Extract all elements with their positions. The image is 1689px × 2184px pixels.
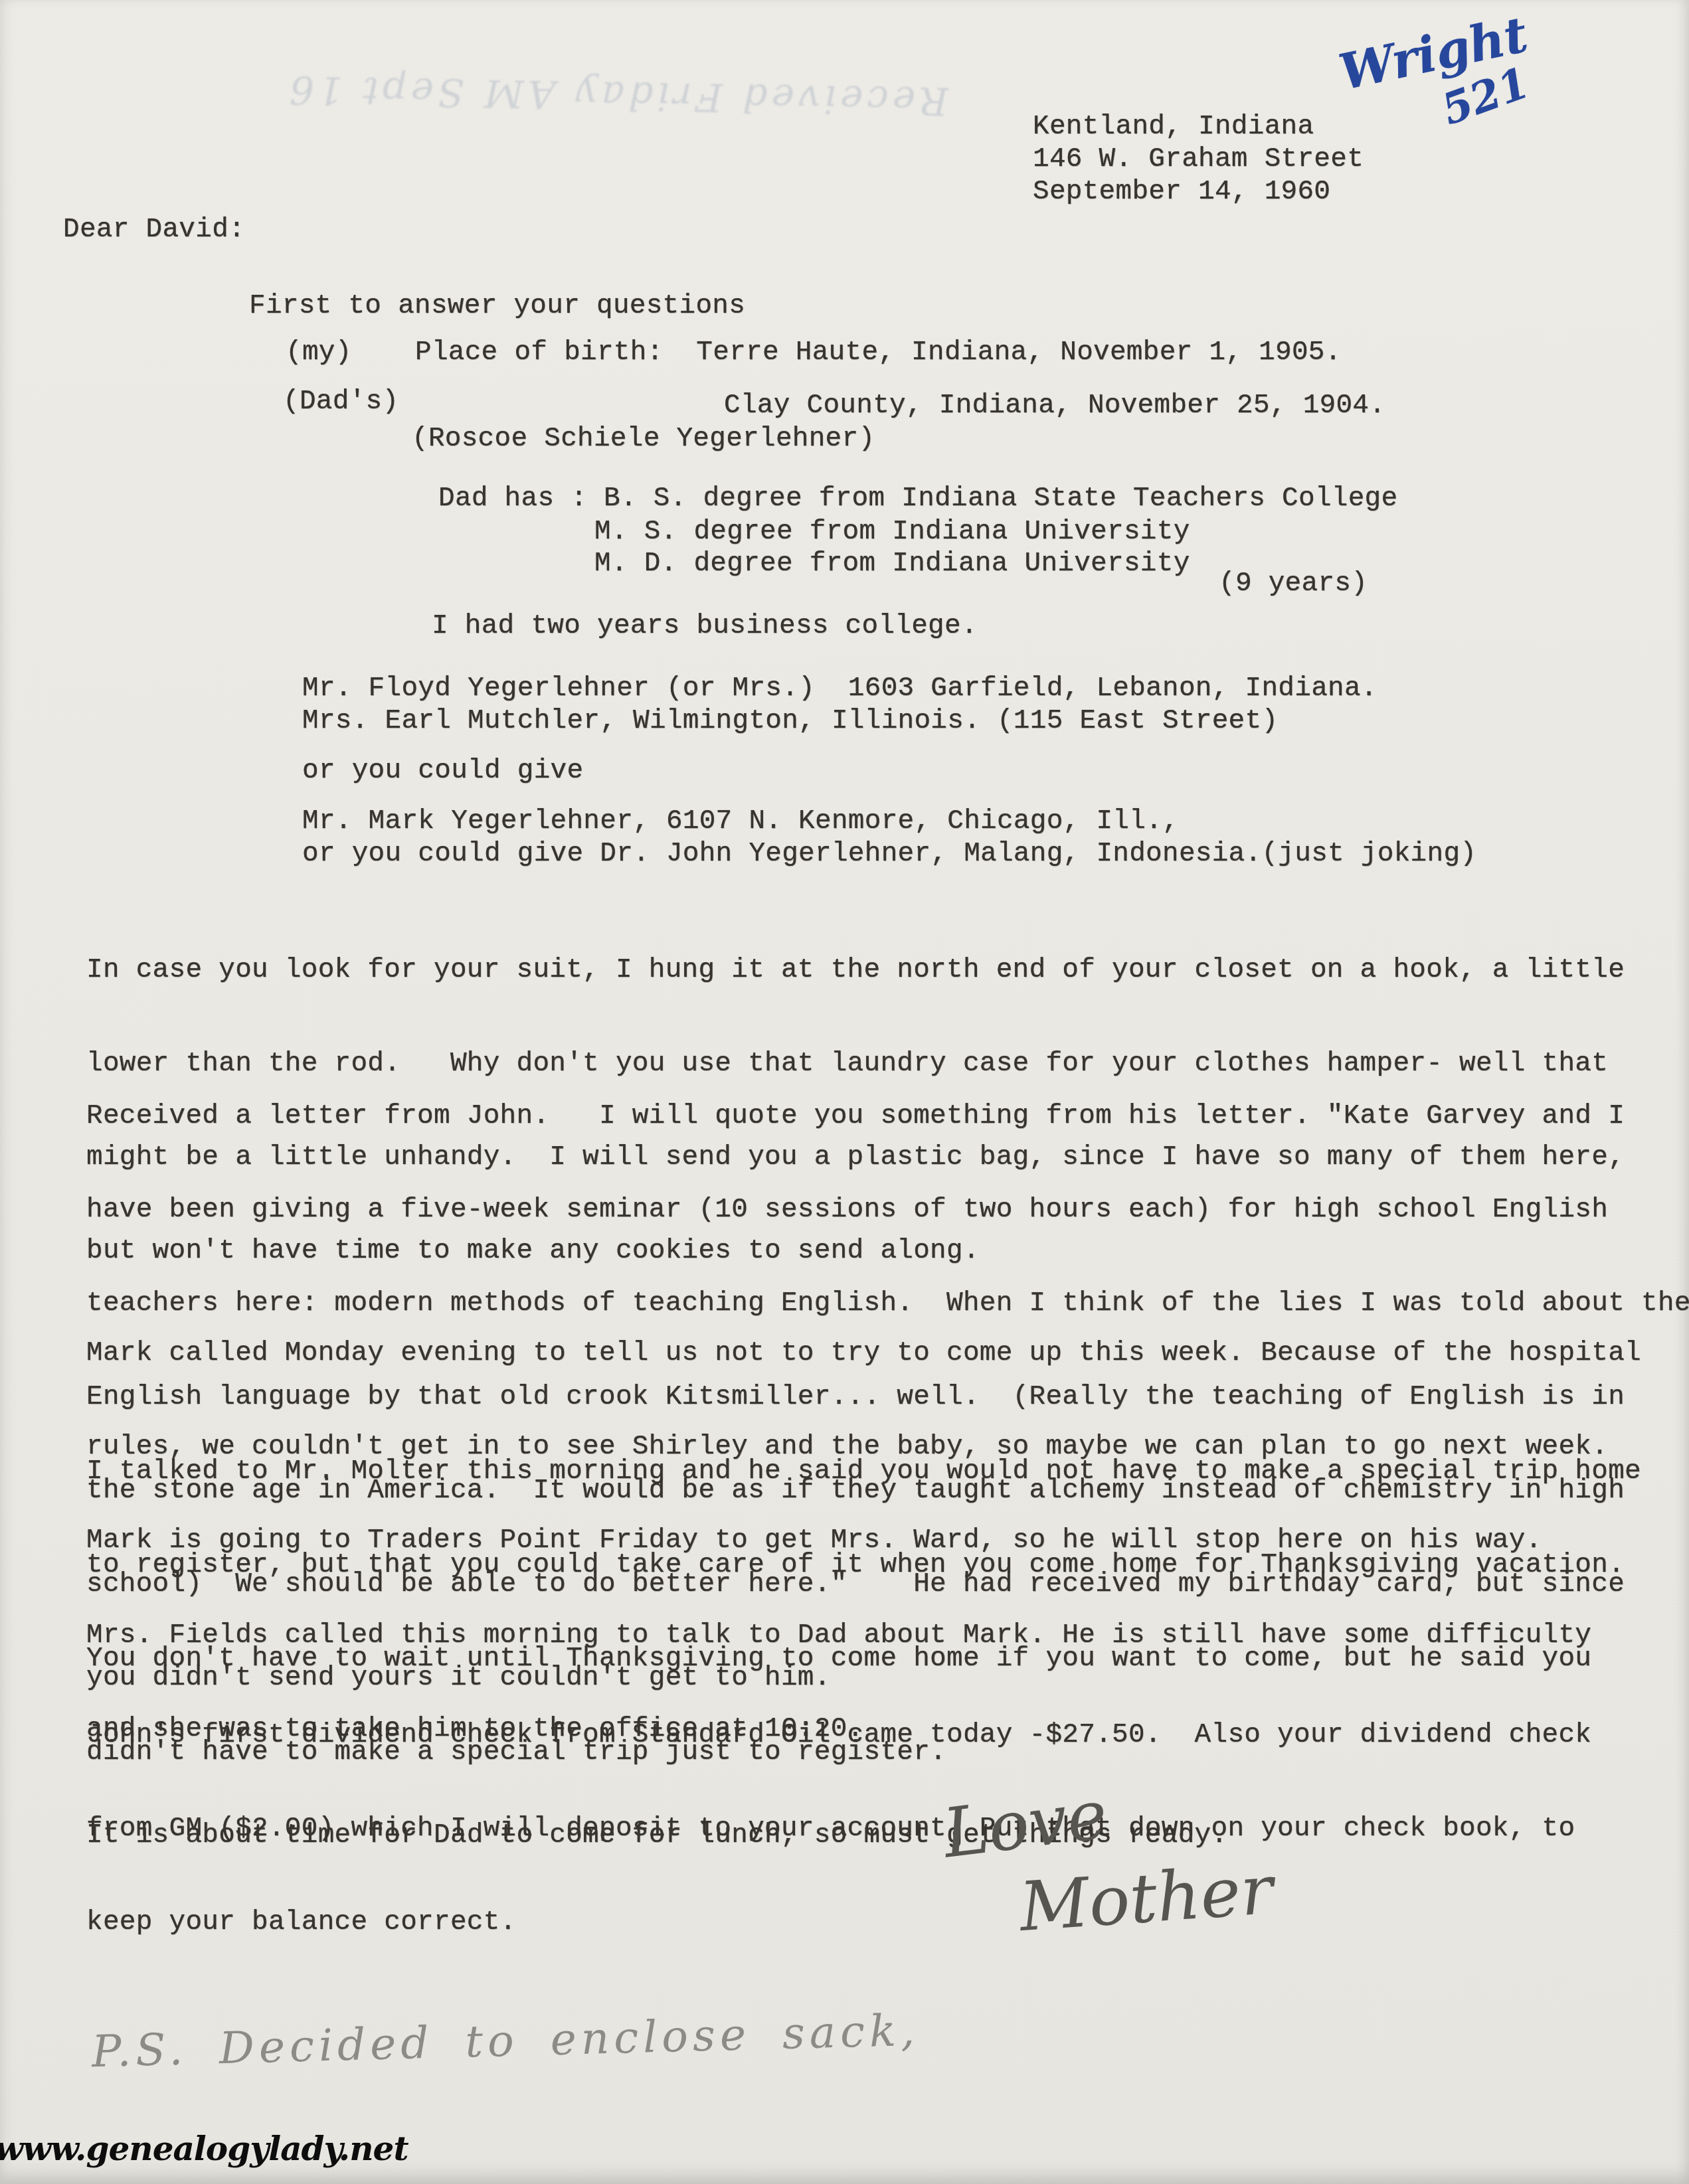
qa-my-answer: Place of birth: Terre Haute, Indiana, No… <box>415 337 1342 368</box>
education-ms-line: M. S. degree from Indiana University <box>594 517 1190 547</box>
contact-mark: Mr. Mark Yegerlehner, 6107 N. Kenmore, C… <box>302 806 1179 837</box>
paragraph-line: John's first dividend check from Standar… <box>86 1719 1591 1752</box>
paragraph-line: Mrs. Fields called this morning to talk … <box>86 1620 1591 1652</box>
paragraph-line: I talked to Mr. Molter this morning and … <box>86 1456 1641 1488</box>
qa-my-label: (my) <box>286 337 352 368</box>
scanned-letter-page: Received Friday AM Sept 16 Wright 521 Ke… <box>0 0 1689 2184</box>
return-address-street: 146 W. Graham Street <box>1033 144 1364 175</box>
education-md-line: M. D. degree from Indiana University <box>594 548 1190 579</box>
postscript-note: P.S. Decided to enclose sack, <box>91 2005 920 2078</box>
qa-dads-answer: Clay County, Indiana, November 25, 1904. <box>724 390 1385 421</box>
paragraph-line: have been giving a five-week seminar (10… <box>86 1194 1689 1226</box>
paragraph-line: Mark called Monday evening to tell us no… <box>86 1337 1641 1370</box>
contact-mutchler: Mrs. Earl Mutchler, Wilmington, Illinois… <box>302 706 1278 736</box>
contact-floyd: Mr. Floyd Yegerlehner (or Mrs.) 1603 Gar… <box>302 673 1378 704</box>
mirrored-ink-transfer-note: Received Friday AM Sept 16 <box>285 67 948 124</box>
return-address-city: Kentland, Indiana <box>1033 112 1314 142</box>
paragraph-line: In case you look for your suit, I hung i… <box>86 954 1625 987</box>
paragraph-line: Received a letter from John. I will quot… <box>86 1100 1689 1133</box>
education-business-line: I had two years business college. <box>432 611 978 641</box>
education-bs-line: Dad has : B. S. degree from Indiana Stat… <box>438 483 1397 514</box>
qa-dads-label: (Dad's) <box>283 386 399 417</box>
contact-or-give: or you could give <box>302 756 583 786</box>
qa-dads-name: (Roscoe Schiele Yegerlehner) <box>412 424 875 454</box>
education-years-note: (9 years) <box>1219 568 1368 599</box>
intro-line: First to answer your questions <box>249 291 745 321</box>
salutation: Dear David: <box>63 214 245 245</box>
letter-date: September 14, 1960 <box>1033 177 1330 207</box>
contact-john: or you could give Dr. John Yegerlehner, … <box>302 839 1476 869</box>
watermark-genealogylady: www.genealogylady.net <box>0 2129 408 2168</box>
